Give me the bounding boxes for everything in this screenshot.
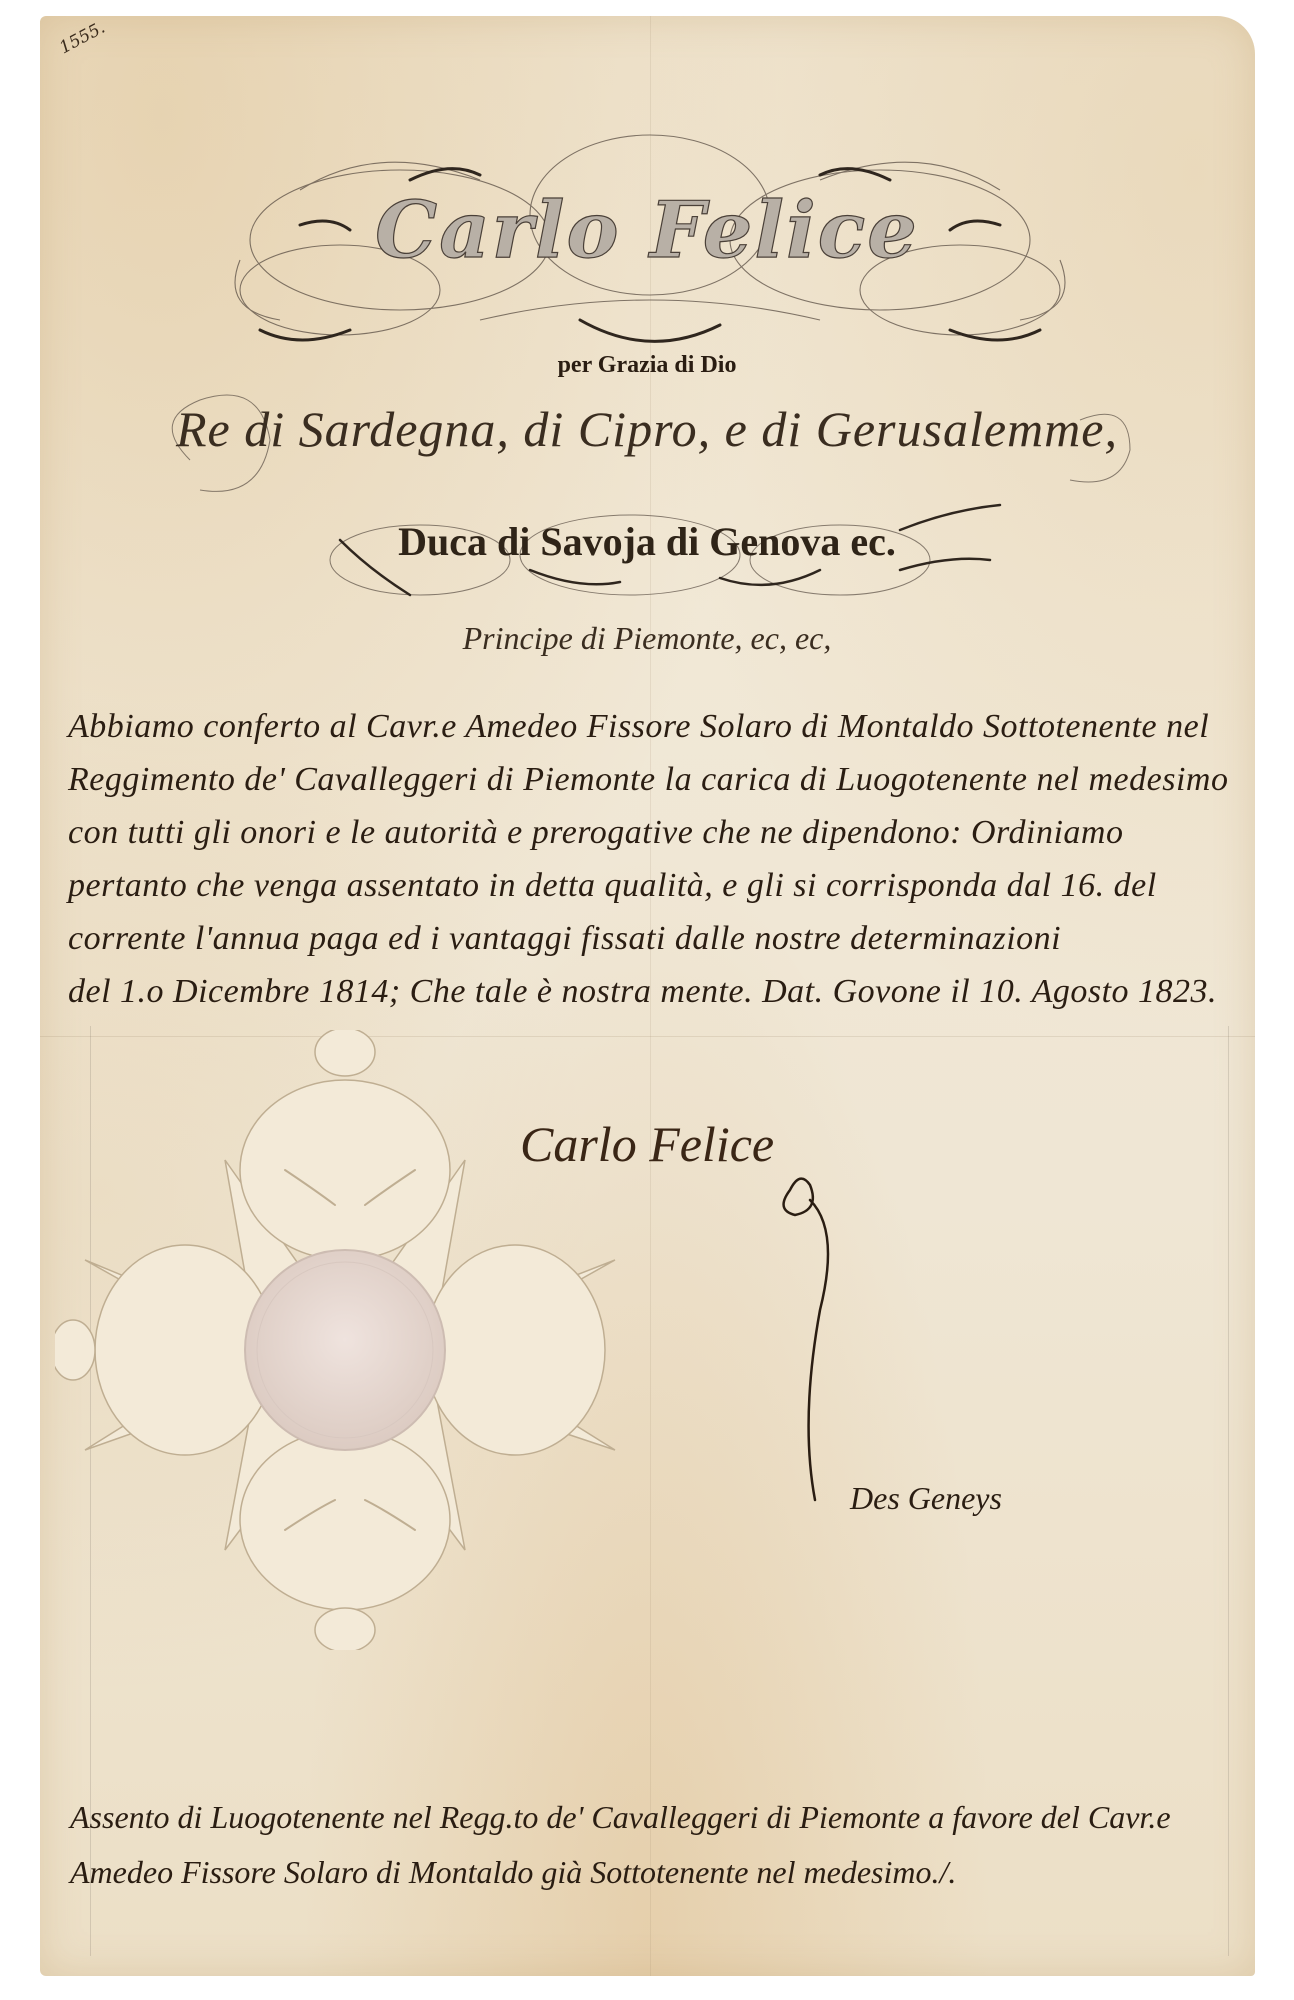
body-line: corrente l'annua paga ed i vantaggi fiss… [68, 912, 1228, 965]
by-grace-line: per Grazia di Dio [0, 352, 1294, 379]
commission-body-text: Abbiamo conferto al Cavr.e Amedeo Fissor… [68, 700, 1228, 1018]
body-line: Reggimento de' Cavalleggeri di Piemonte … [68, 753, 1228, 806]
duke-line: Duca di Savoja di Genova ec. [0, 518, 1294, 565]
kingdom-line: Re di Sardegna, di Cipro, e di Gerusalem… [0, 400, 1294, 458]
countersignature: Des Geneys [850, 1480, 1002, 1517]
endorsement-text: Assento di Luogotenente nel Regg.to de' … [70, 1790, 1230, 1900]
body-line: Abbiamo conferto al Cavr.e Amedeo Fissor… [68, 700, 1228, 753]
royal-signature: Carlo Felice [520, 1115, 774, 1173]
endorsement-line: Assento di Luogotenente nel Regg.to de' … [70, 1790, 1230, 1845]
body-line: del 1.o Dicembre 1814; Che tale è nostra… [68, 965, 1228, 1018]
endorsement-line: Amedeo Fissore Solaro di Montaldo già So… [70, 1845, 1230, 1900]
body-line: con tutti gli onori e le autorità e prer… [68, 806, 1228, 859]
body-line: pertanto che venga assentato in detta qu… [68, 859, 1228, 912]
prince-line: Principe di Piemonte, ec, ec, [0, 620, 1294, 657]
sovereign-name-title: Carlo Felice [0, 185, 1294, 276]
